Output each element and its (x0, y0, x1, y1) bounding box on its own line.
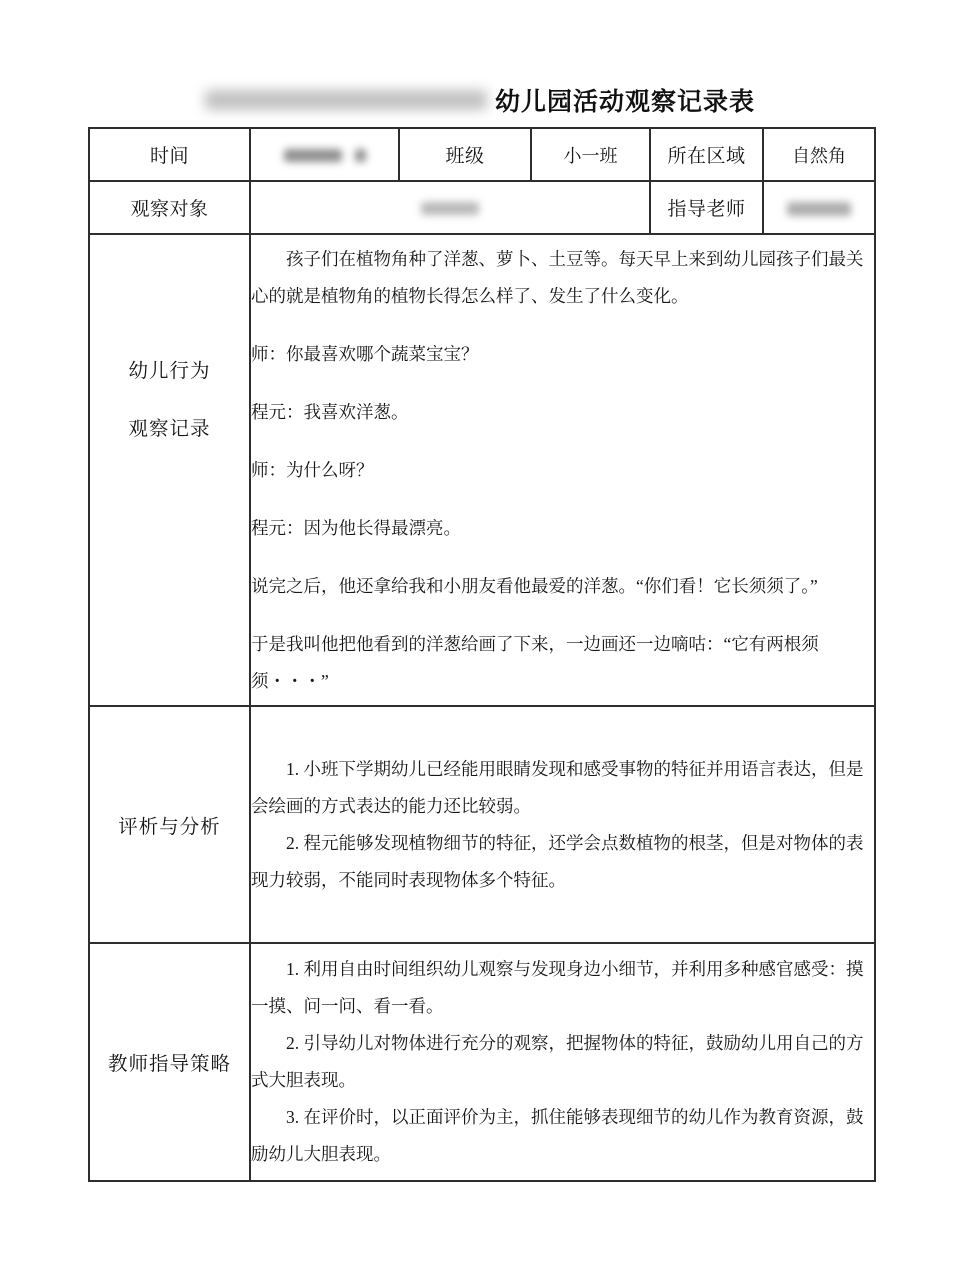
redacted-time-value (284, 149, 342, 162)
table-row: 幼儿行为 观察记录 孩子们在植物角种了洋葱、萝卜、土豆等。每天早上来到幼儿园孩子… (89, 234, 875, 706)
table-row: 时间 班级 小一班 所在区域 自然角 (89, 128, 875, 181)
analysis-section-label: 评析与分析 (89, 706, 250, 943)
area-value-cell: 自然角 (763, 128, 875, 181)
teacher-label-cell: 指导老师 (650, 181, 763, 234)
page-title: 幼儿园活动观察记录表 (495, 82, 755, 118)
class-value-cell: 小一班 (531, 128, 650, 181)
redacted-subject-name (421, 202, 479, 215)
subject-value-cell (250, 181, 650, 234)
strategy-paragraph: 1. 利用自由时间组织幼儿观察与发现身边小细节，并利用多种感官感受：摸一摸、问一… (251, 951, 874, 1025)
observation-section-label: 幼儿行为 观察记录 (89, 234, 250, 706)
time-value-cell (250, 128, 399, 181)
redacted-organization-name (205, 90, 487, 110)
observation-record-table: 时间 班级 小一班 所在区域 自然角 观察对象 指导老师 幼儿行为 观察记录 孩… (88, 127, 876, 1182)
observation-paragraph: 师：为什么呀？ (251, 452, 874, 489)
teacher-value-cell (763, 181, 875, 234)
observation-paragraph: 说完之后，他还拿给我和小朋友看他最爱的洋葱。“你们看！它长须须了。” (251, 568, 874, 605)
observation-paragraph: 于是我叫他把他看到的洋葱给画了下来，一边画还一边嘀咕：“它有两根须须・・・” (251, 626, 874, 700)
observation-paragraph: 程元：因为他长得最漂亮。 (251, 510, 874, 547)
observation-paragraph: 孩子们在植物角种了洋葱、萝卜、土豆等。每天早上来到幼儿园孩子们最关心的就是植物角… (251, 241, 874, 315)
subject-label-cell: 观察对象 (89, 181, 250, 234)
observation-paragraph: 程元：我喜欢洋葱。 (251, 394, 874, 431)
time-label-cell: 时间 (89, 128, 250, 181)
observation-paragraph: 师：你最喜欢哪个蔬菜宝宝？ (251, 336, 874, 373)
class-label-cell: 班级 (399, 128, 531, 181)
analysis-paragraph: 2. 程元能够发现植物细节的特征，还学会点数植物的根茎，但是对物体的表现力较弱，… (251, 825, 874, 899)
table-row: 观察对象 指导老师 (89, 181, 875, 234)
redacted-teacher-name (787, 202, 851, 216)
table-row: 评析与分析 1. 小班下学期幼儿已经能用眼睛发现和感受事物的特征并用语言表达，但… (89, 706, 875, 943)
document-title-row: 幼儿园活动观察记录表 (0, 78, 960, 122)
strategy-content-cell: 1. 利用自由时间组织幼儿观察与发现身边小细节，并利用多种感官感受：摸一摸、问一… (250, 943, 875, 1181)
strategy-paragraph: 2. 引导幼儿对物体进行充分的观察，把握物体的特征，鼓励幼儿用自己的方式大胆表现… (251, 1025, 874, 1099)
strategy-section-label: 教师指导策略 (89, 943, 250, 1181)
analysis-content-cell: 1. 小班下学期幼儿已经能用眼睛发现和感受事物的特征并用语言表达，但是会绘画的方… (250, 706, 875, 943)
observation-label-line2: 观察记录 (90, 401, 249, 459)
observation-content-cell: 孩子们在植物角种了洋葱、萝卜、土豆等。每天早上来到幼儿园孩子们最关心的就是植物角… (250, 234, 875, 706)
analysis-paragraph: 1. 小班下学期幼儿已经能用眼睛发现和感受事物的特征并用语言表达，但是会绘画的方… (251, 751, 874, 825)
redacted-time-value-tail (355, 149, 366, 162)
strategy-paragraph: 3. 在评价时，以正面评价为主，抓住能够表现细节的幼儿作为教育资源，鼓励幼儿大胆… (251, 1099, 874, 1173)
observation-label-line1: 幼儿行为 (90, 343, 249, 401)
table-row: 教师指导策略 1. 利用自由时间组织幼儿观察与发现身边小细节，并利用多种感官感受… (89, 943, 875, 1181)
area-label-cell: 所在区域 (650, 128, 763, 181)
